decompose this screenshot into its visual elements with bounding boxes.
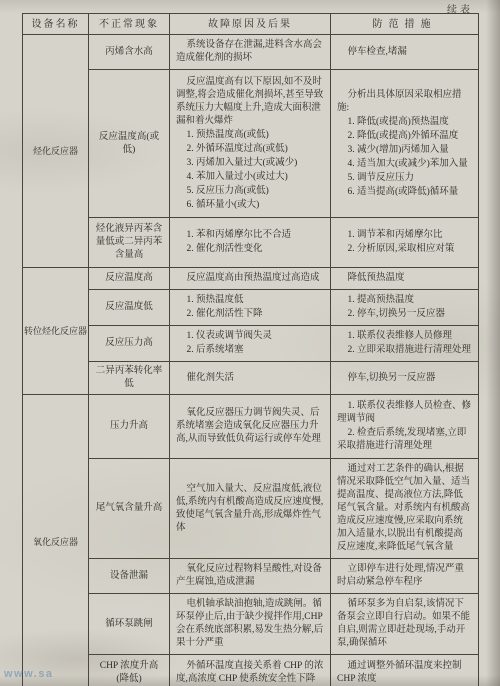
cause-cell: 氧化反应过程物料呈酸性,对设备产生腐蚀,造成泄漏 (170, 559, 331, 594)
phenomenon-cell: 反应温度高 (89, 268, 170, 290)
equipment-cell: 烃化反应器 (23, 35, 89, 268)
troubleshooting-table: 设备名称 不正常现象 故障原因及后果 防范措施 烃化反应器 丙烯含水高 系统设备… (22, 13, 479, 686)
table-row: 烃化反应器 丙烯含水高 系统设备存在泄漏,进料含水高会造成催化剂的损坏 停车检查… (23, 35, 479, 70)
phenomenon-cell: 反应温度高(或低) (89, 70, 170, 218)
table-row: 烃化液异丙苯含量低或二异丙苯含量高 1. 苯和丙烯摩尔比不合适2. 催化剂活性变… (23, 218, 479, 268)
measure-cell: 1. 联系仪表维修人员检查、修理调节阀2. 检查后系统,发现堵塞,立即采取措施进… (331, 395, 479, 459)
measure-cell: 通过调整外循环温度来控制 CHP 浓度 (331, 655, 479, 686)
measure-cell: 通过对工艺条件的确认,根据情况采取降低空气加入量、适当提高温度、提高液位方法,降… (331, 459, 479, 559)
cause-cell: 1. 仪表或调节阀失灵2. 后系统堵塞 (170, 326, 331, 362)
cause-cell: 外循环温度直接关系着 CHP 的浓度,高浓度 CHP 使系统安全性下降 (170, 655, 331, 686)
phenomenon-cell: 循环泵跳闸 (89, 594, 170, 655)
phenomenon-cell: 丙烯含水高 (89, 35, 170, 70)
cause-cell: 电机轴承缺油抱轴,造成跳闸。循环泵停止后,由于缺少搅拌作用,CHP 会在系统底部… (170, 594, 331, 655)
table-row: 尾气氧含量升高 空气加入量大、反应温度低,液位低,系统内有机酸高造成反应速度慢,… (23, 459, 479, 559)
phenomenon-cell: 尾气氧含量升高 (89, 459, 170, 559)
table-row: 二异丙苯转化率低 催化剂失活 停车,切换另一反应器 (23, 362, 479, 395)
cause-cell: 空气加入量大、反应温度低,液位低,系统内有机酸高造成反应速度慢,致使尾气氧含量升… (170, 459, 331, 559)
cause-cell: 1. 预热温度低2. 催化剂活性下降 (170, 290, 331, 326)
phenomenon-cell: 反应温度低 (89, 290, 170, 326)
cause-cell: 氧化反应器压力调节阀失灵、后系统堵塞会造成氧化反应器压力升高,从而导致低负荷运行… (170, 395, 331, 459)
measure-cell: 1. 调节苯和丙烯摩尔比2. 分析原因,采取相应对策 (331, 218, 479, 268)
cause-cell: 反应温度高由预热温度过高造成 (170, 268, 331, 290)
cause-cell: 1. 苯和丙烯摩尔比不合适2. 催化剂活性变化 (170, 218, 331, 268)
measure-cell: 1. 联系仪表维修人员修理2. 立即采取措施进行清理处理 (331, 326, 479, 362)
cause-cell: 催化剂失活 (170, 362, 331, 395)
table-row: 氧化反应器 压力升高 氧化反应器压力调节阀失灵、后系统堵塞会造成氧化反应器压力升… (23, 395, 479, 459)
table-row: 转位烃化反应器 反应温度高 反应温度高由预热温度过高造成 降低预热温度 (23, 268, 479, 290)
table-row: 反应温度低 1. 预热温度低2. 催化剂活性下降 1. 提高预热温度2. 停车,… (23, 290, 479, 326)
column-header-equipment: 设备名称 (23, 14, 89, 35)
measure-cell: 降低预热温度 (331, 268, 479, 290)
measure-cell: 立即停车进行处理,情况严重时启动紧急停车程序 (331, 559, 479, 594)
table-row: 反应压力高 1. 仪表或调节阀失灵2. 后系统堵塞 1. 联系仪表维修人员修理2… (23, 326, 479, 362)
watermark: www.sa (4, 668, 54, 680)
measure-cell: 循环泵多为自启泵,该情况下备泵会立即自行启动。如果不能自启,则需立即赶赴现场,手… (331, 594, 479, 655)
table-row: 反应温度高(或低) 反应温度高有以下原因,如不及时调整,将会造成催化剂损坏,甚至… (23, 70, 479, 218)
table-row: 循环泵跳闸 电机轴承缺油抱轴,造成跳闸。循环泵停止后,由于缺少搅拌作用,CHP … (23, 594, 479, 655)
phenomenon-cell: CHP 浓度升高(降低) (89, 655, 170, 686)
phenomenon-cell: 反应压力高 (89, 326, 170, 362)
phenomenon-cell: 二异丙苯转化率低 (89, 362, 170, 395)
cause-cell: 反应温度高有以下原因,如不及时调整,将会造成催化剂损坏,甚至导致系统压力大幅度上… (170, 70, 331, 218)
table-row: 设备泄漏 氧化反应过程物料呈酸性,对设备产生腐蚀,造成泄漏 立即停车进行处理,情… (23, 559, 479, 594)
phenomenon-cell: 设备泄漏 (89, 559, 170, 594)
measure-cell: 停车检查,堵漏 (331, 35, 479, 70)
phenomenon-cell: 烃化液异丙苯含量低或二异丙苯含量高 (89, 218, 170, 268)
column-header-phenomenon: 不正常现象 (89, 14, 170, 35)
scanned-page: 续表 设备名称 不正常现象 故障原因及后果 防范措施 烃化反应器 丙烯含水高 系… (0, 0, 500, 686)
measure-cell: 分析出具体原因采取相应措施:1. 降低(或提高)预热温度2. 降低(或提高)外循… (331, 70, 479, 218)
equipment-cell: 转位烃化反应器 (23, 268, 89, 395)
column-header-measure: 防范措施 (331, 14, 479, 35)
table-row: CHP 浓度升高(降低) 外循环温度直接关系着 CHP 的浓度,高浓度 CHP … (23, 655, 479, 686)
measure-cell: 停车,切换另一反应器 (331, 362, 479, 395)
cause-cell: 系统设备存在泄漏,进料含水高会造成催化剂的损坏 (170, 35, 331, 70)
equipment-cell: 氧化反应器 (23, 395, 89, 686)
measure-cell: 1. 提高预热温度2. 停车,切换另一反应器 (331, 290, 479, 326)
header-row: 设备名称 不正常现象 故障原因及后果 防范措施 (23, 14, 479, 35)
phenomenon-cell: 压力升高 (89, 395, 170, 459)
column-header-cause: 故障原因及后果 (170, 14, 331, 35)
